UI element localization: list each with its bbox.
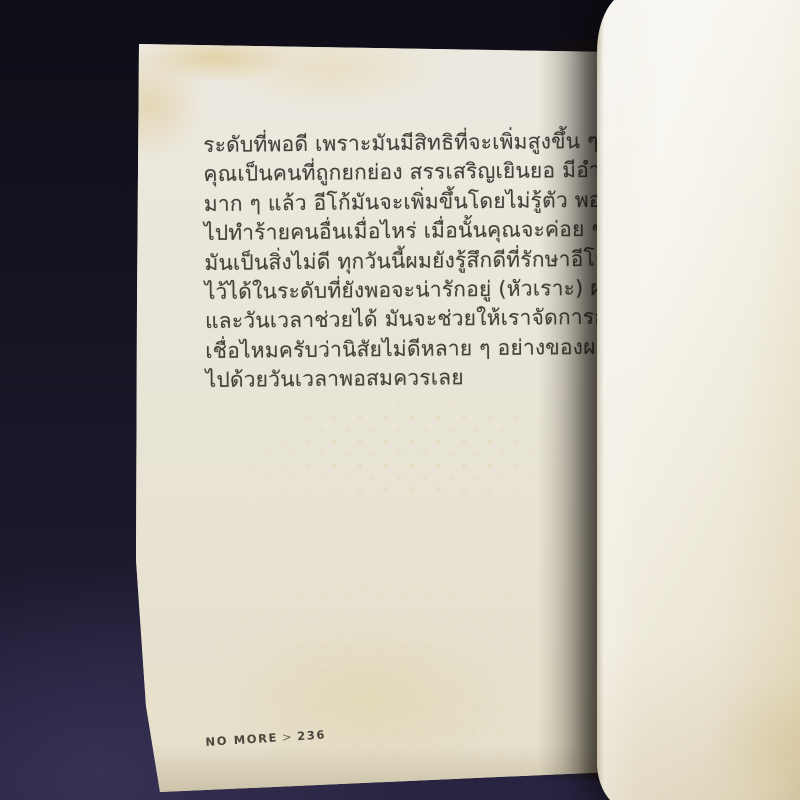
foxing-stain-patch	[215, 545, 555, 735]
page-edge-highlight	[597, 0, 800, 800]
text-line: และวันเวลาช่วยได้ มันจะช่วยให้เราจัดการก…	[205, 304, 577, 337]
footer-series-title: NO MORE	[205, 730, 278, 749]
text-line: คุณเป็นคนที่ถูกยกย่อง สรรเสริญเยินยอ มีอ…	[203, 157, 575, 190]
text-line: มาก ๆ แล้ว อีโก้มันจะเพิ่มขึ้นโดยไม่รู้ต…	[204, 186, 576, 219]
foxing-stain-patch	[250, 388, 580, 513]
book-turning-page	[597, 0, 800, 800]
footer-separator: >	[278, 729, 298, 744]
page-paragraph: ระดับที่พอดี เพราะมันมีสิทธิที่จะเพิ่มสู…	[203, 127, 578, 396]
page-footer: NO MORE>236	[205, 727, 326, 749]
text-line: ไว้ได้ในระดับที่ยังพอจะน่ารักอยู่ (หัวเร…	[205, 274, 577, 307]
book-photo-scene: ระดับที่พอดี เพราะมันมีสิทธิที่จะเพิ่มสู…	[0, 0, 800, 800]
text-line: ไปทำร้ายคนอื่นเมื่อไหร่ เมื่อนั้นคุณจะค่…	[204, 215, 576, 248]
text-line: มันเป็นสิ่งไม่ดี ทุกวันนี้ผมยังรู้สึกดีท…	[204, 245, 576, 278]
text-line: ไปด้วยวันเวลาพอสมควรเลย	[205, 362, 577, 395]
footer-page-number: 236	[297, 727, 327, 743]
text-line: ระดับที่พอดี เพราะมันมีสิทธิที่จะเพิ่มสู…	[203, 127, 575, 160]
text-line: เชื่อไหมครับว่านิสัยไม่ดีหลาย ๆ อย่างของ…	[205, 333, 577, 366]
